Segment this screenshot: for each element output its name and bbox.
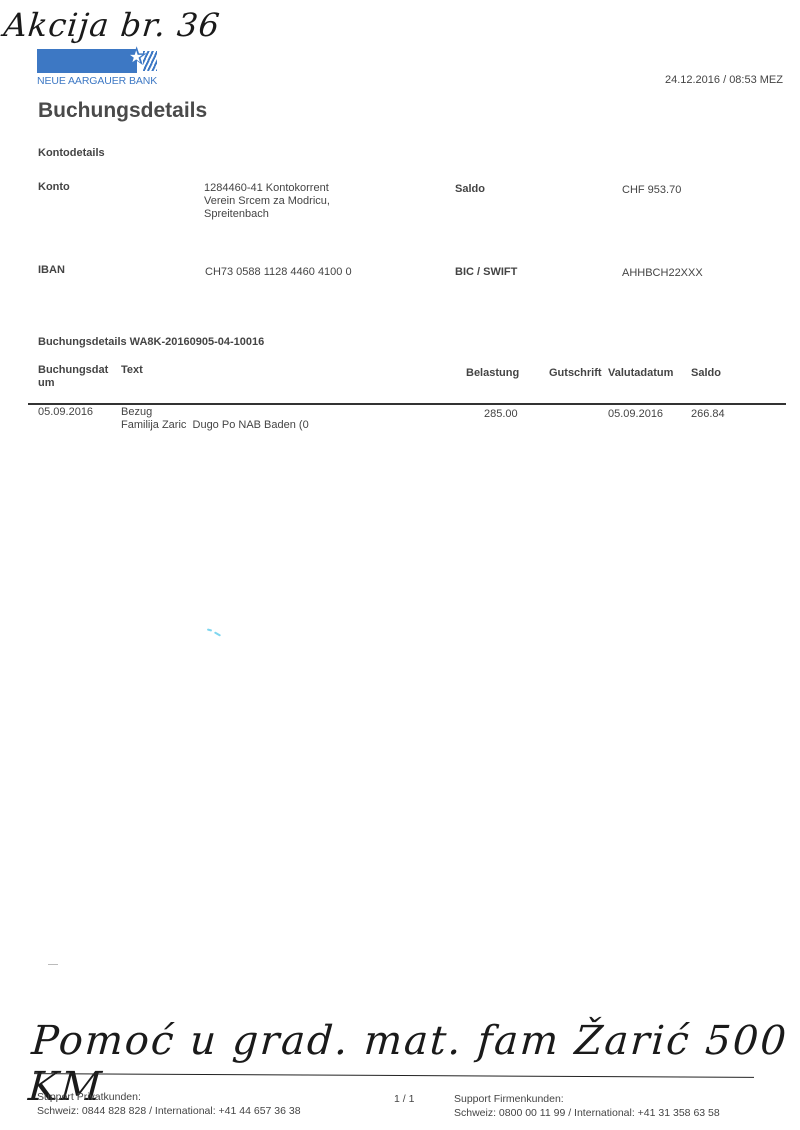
column-header-debit: Belastung <box>466 367 519 380</box>
saldo-value: CHF 953.70 <box>622 184 681 197</box>
star-inner-icon: ★ <box>129 50 143 66</box>
bic-value: AHHBCH22XXX <box>622 267 703 280</box>
konto-label: Konto <box>38 181 70 193</box>
iban-label: IBAN <box>38 264 65 276</box>
row-valuta: 05.09.2016 <box>608 408 663 421</box>
iban-value: CH73 0588 1128 4460 4100 0 <box>205 266 352 279</box>
saldo-label: Saldo <box>455 183 485 195</box>
column-header-booking-date-line1: Buchungsdat <box>38 364 113 377</box>
support-private-title: Support Privatkunden: <box>37 1090 301 1104</box>
timestamp: 24.12.2016 / 08:53 MEZ <box>665 74 783 86</box>
konto-value: 1284460-41 Kontokorrent Verein Srcem za … <box>204 182 330 221</box>
scan-speck <box>48 964 58 965</box>
bank-name: NEUE AARGAUER BANK <box>37 75 157 87</box>
support-business: Support Firmenkunden: Schweiz: 0800 00 1… <box>454 1092 720 1120</box>
column-header-valuta: Valutadatum <box>608 367 673 380</box>
konto-city: Spreitenbach <box>204 208 330 221</box>
table-divider <box>28 403 786 405</box>
row-text: Bezug Familija Zaric Dugo Po NAB Baden (… <box>121 406 309 432</box>
bank-logo: ★ ★ NEUE AARGAUER BANK <box>37 49 157 85</box>
support-business-title: Support Firmenkunden: <box>454 1092 720 1106</box>
column-header-booking-date: Buchungsdat um <box>38 364 113 390</box>
column-header-booking-date-line2: um <box>38 377 113 390</box>
column-header-saldo: Saldo <box>691 367 721 380</box>
column-header-text: Text <box>121 364 143 377</box>
support-private: Support Privatkunden: Schweiz: 0844 828 … <box>37 1090 301 1118</box>
row-booking-date: 05.09.2016 <box>38 406 93 419</box>
scan-speck <box>207 628 212 631</box>
row-saldo: 266.84 <box>691 408 725 421</box>
booking-title: Buchungsdetails WA8K-20160905-04-10016 <box>38 336 264 348</box>
row-text-line1: Bezug <box>121 406 309 419</box>
support-business-numbers: Schweiz: 0800 00 11 99 / International: … <box>454 1106 720 1120</box>
konto-number: 1284460-41 Kontokorrent <box>204 182 330 195</box>
support-private-numbers: Schweiz: 0844 828 828 / International: +… <box>37 1104 301 1118</box>
row-debit: 285.00 <box>484 408 518 421</box>
bic-label: BIC / SWIFT <box>455 266 517 278</box>
logo-bar <box>37 49 137 73</box>
konto-holder: Verein Srcem za Modricu, <box>204 195 330 208</box>
column-header-credit: Gutschrift <box>549 367 602 380</box>
scan-speck <box>214 631 221 636</box>
row-text-line2: Familija Zaric Dugo Po NAB Baden (0 <box>121 419 309 432</box>
section-title-kontodetails: Kontodetails <box>38 147 105 159</box>
page-number: 1 / 1 <box>394 1092 414 1106</box>
handwritten-note-top: Akcija br. 36 <box>2 6 222 44</box>
page-title: Buchungsdetails <box>38 99 207 123</box>
